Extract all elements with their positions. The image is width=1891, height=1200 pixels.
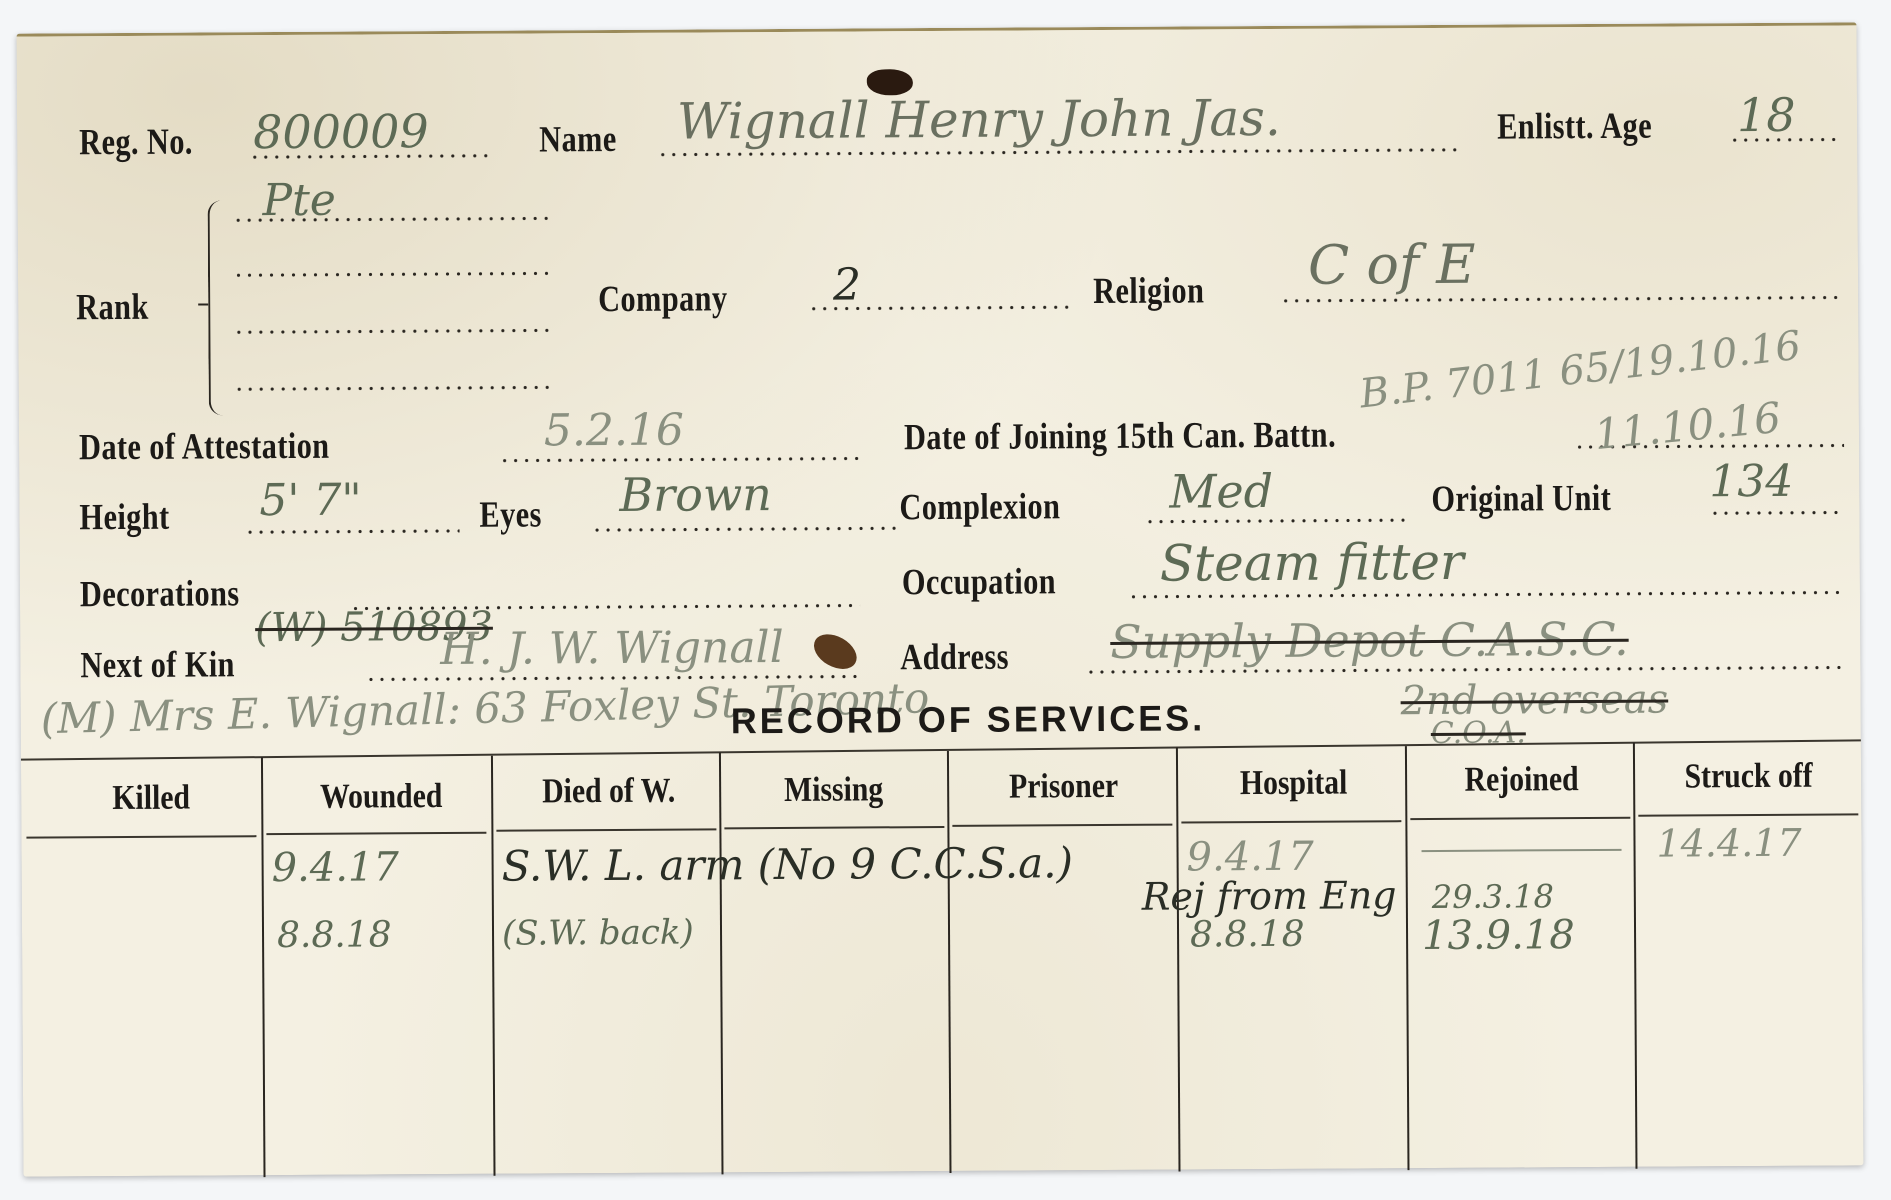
company-label: Company (598, 277, 728, 321)
original-unit-label: Original Unit (1431, 477, 1611, 521)
rank-value: Pte (262, 175, 336, 226)
col-divider (1405, 746, 1410, 1170)
height-value: 5' 7" (259, 475, 362, 527)
occupation-value: Steam fitter (1160, 533, 1464, 593)
col-header-died: Died of W. (517, 770, 700, 811)
hospital-entry-2: Rej from Eng (1142, 873, 1397, 919)
complexion-label: Complexion (899, 485, 1060, 529)
col-header-prisoner: Prisoner (972, 766, 1155, 807)
rank-brace (208, 200, 229, 415)
eyes-dots (592, 526, 902, 532)
occupation-label: Occupation (902, 560, 1056, 604)
col-header-wounded: Wounded (292, 776, 471, 817)
rejoined-entry-3: 13.9.18 (1422, 912, 1575, 959)
col-header-killed: Killed (75, 777, 228, 818)
complexion-value: Med (1169, 464, 1273, 519)
rank-line-2 (233, 271, 553, 277)
religion-dots (1280, 295, 1840, 302)
table-top-rule (21, 739, 1861, 760)
reg-no-value: 800009 (253, 104, 429, 159)
complexion-dots (1145, 518, 1405, 524)
col-divider (491, 756, 496, 1176)
next-of-kin-label: Next of Kin (80, 643, 235, 687)
col-divider (947, 751, 952, 1173)
wounded-entry-2: 8.8.18 (277, 914, 392, 956)
enlist-age-label: Enlistt. Age (1497, 105, 1652, 149)
col-header-struck-off: Struck off (1657, 756, 1840, 797)
attestation-value: 5.2.16 (544, 405, 684, 457)
rejoined-entry-2: 29.3.18 (1432, 877, 1554, 916)
col-divider (719, 752, 724, 1174)
height-label: Height (79, 496, 169, 540)
ink-blot (808, 627, 863, 676)
joining-value: 11.10.16 (1592, 393, 1783, 459)
col-divider (1176, 748, 1181, 1172)
rank-line-3 (233, 328, 553, 334)
col-divider (1633, 743, 1638, 1169)
attestation-dots (499, 456, 859, 462)
company-value: 2 (833, 259, 861, 310)
reg-no-label: Reg. No. (79, 121, 193, 165)
rank-line-4 (234, 385, 554, 391)
record-of-services-title: RECORD OF SERVICES. (731, 697, 1206, 742)
original-unit-dots (1709, 510, 1844, 515)
wounded-entry-1: 9.4.17 (271, 844, 399, 891)
name-label: Name (539, 118, 617, 161)
died-entry-2: (S.W. back) (502, 913, 694, 954)
eyes-label: Eyes (479, 493, 542, 536)
eyes-value: Brown (619, 467, 772, 522)
col-divider (261, 757, 266, 1177)
attestation-label: Date of Attestation (79, 425, 330, 470)
joining-label: Date of Joining 15th Can. Battn. (904, 414, 1336, 460)
struck-off-entry-1: 14.4.17 (1656, 821, 1801, 866)
service-record-card: Reg. No. 800009 Name Wignall Henry John … (17, 22, 1864, 1176)
name-value: Wignall Henry John Jas. (677, 89, 1281, 151)
rank-label: Rank (76, 286, 149, 329)
died-entry-1: S.W. L. arm (No 9 C.C.S.a.) (501, 838, 1073, 890)
address-value: Supply Depot C.A.S.C. (1110, 612, 1629, 669)
next-of-kin-value: H. J. W. Wignall (440, 622, 784, 675)
religion-label: Religion (1093, 269, 1204, 313)
rejoined-dash (1422, 849, 1622, 852)
hospital-entry-3: 8.8.18 (1190, 914, 1305, 956)
enlist-age-value: 18 (1737, 88, 1796, 142)
col-header-missing: Missing (742, 769, 925, 810)
col-header-hospital: Hospital (1202, 762, 1385, 803)
original-unit-value: 134 (1709, 456, 1793, 508)
col-header-rejoined: Rejoined (1430, 759, 1613, 800)
decorations-label: Decorations (80, 572, 240, 616)
religion-value: C of E (1308, 233, 1476, 297)
height-dots (245, 529, 460, 534)
